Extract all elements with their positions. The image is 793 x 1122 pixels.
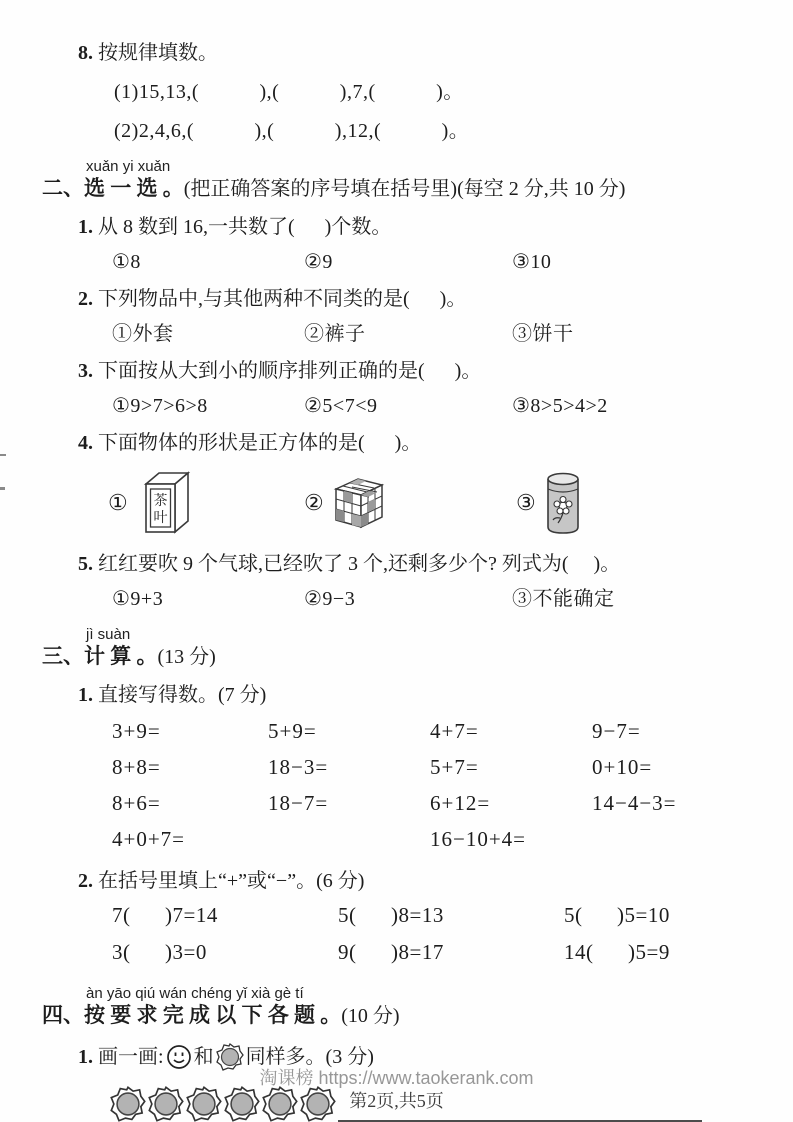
calc-item[interactable]: 5+9= (268, 713, 430, 749)
option-1[interactable]: ①外套 (112, 321, 304, 347)
circled-number: ① (108, 490, 128, 516)
question-number: 1. (78, 684, 93, 706)
section-points: (10 分) (341, 1005, 399, 1027)
pinyin-annotation: àn yāo qiú wán chéng yǐ xià gè tí (86, 985, 793, 1002)
question-text: 红红要吹 9 个气球,已经吹了 3 个,还剩多少个? 列式为( )。 (98, 553, 620, 575)
question-number: 2. (78, 870, 93, 892)
fill-blank-line[interactable]: (2)2,4,6,( ),( ),12,( )。 (114, 118, 793, 144)
calc-item[interactable]: 18−7= (268, 785, 430, 821)
question-number: 1. (78, 216, 93, 238)
question-number: 5. (78, 553, 93, 575)
question-text: 下面物体的形状是正方体的是( )。 (98, 432, 421, 454)
figure-option-2[interactable]: ② (304, 471, 516, 535)
question-number: 4. (78, 432, 93, 454)
figure-option-3[interactable]: ③ (516, 469, 586, 537)
calc-subsection-1: 1. 直接写得数。(7 分) (78, 681, 793, 709)
bracket-item[interactable]: 5( )8=13 (338, 897, 564, 934)
calc-item[interactable]: 18−3= (268, 749, 430, 785)
calc-item[interactable]: 16−10+4= (430, 821, 592, 857)
bracket-item[interactable]: 3( )3=0 (112, 934, 338, 971)
question-text: 从 8 数到 16,一共数了( )个数。 (98, 216, 391, 238)
question-number: 3. (78, 360, 93, 382)
jar-icon (540, 469, 586, 537)
circled-number: ② (304, 490, 324, 516)
option-1[interactable]: ①9+3 (112, 586, 304, 612)
section-title: 四、按 要 求 完 成 以 下 各 题 。 (42, 1003, 341, 1027)
choice-question-1: 1. 从 8 数到 16,一共数了( )个数。 ①8 ②9 ③10 (78, 214, 793, 275)
plus-minus-grid: 7( )7=14 5( )8=13 5( )5=10 3( )3=0 9( )8… (112, 897, 793, 971)
section-instructions: (把正确答案的序号填在括号里)(每空 2 分,共 10 分) (184, 178, 626, 200)
svg-text:茶: 茶 (153, 493, 167, 509)
choice-question-4: 4. 下面物体的形状是正方体的是( )。 ① 茶 叶 (78, 430, 793, 540)
question-text: 下面按从大到小的顺序排列正确的是( )。 (98, 360, 481, 382)
svg-text:叶: 叶 (153, 510, 167, 526)
calc-item[interactable]: 4+7= (430, 713, 592, 749)
section-title: 二、选 一 选 。 (42, 176, 184, 200)
question-text: 直接写得数。(7 分) (98, 684, 266, 706)
section-points: (13 分) (158, 646, 216, 668)
calc-item[interactable]: 5+7= (430, 749, 592, 785)
option-3[interactable]: ③10 (512, 249, 793, 275)
question-text: 按规律填数。 (98, 42, 218, 64)
calc-item[interactable]: 8+8= (112, 749, 268, 785)
section-3-heading: jì suàn 三、计 算 。(13 分) (42, 626, 793, 671)
section-title: 三、计 算 。 (42, 644, 158, 668)
calc-item[interactable]: 14−4−3= (592, 785, 793, 821)
option-1[interactable]: ①8 (112, 249, 304, 275)
calc-item[interactable]: 3+9= (112, 713, 268, 749)
section-4-heading: àn yāo qiú wán chéng yǐ xià gè tí 四、按 要 … (42, 985, 793, 1030)
calc-item[interactable]: 8+6= (112, 785, 268, 821)
figure-option-1[interactable]: ① 茶 叶 (108, 468, 304, 538)
calc-item[interactable]: 4+0+7= (112, 821, 268, 857)
fill-blank-line[interactable]: (1)15,13,( ),( ),7,( )。 (114, 79, 793, 105)
question-text: 在括号里填上“+”或“−”。(6 分) (98, 870, 364, 892)
choice-question-3: 3. 下面按从大到小的顺序排列正确的是( )。 ①9>7>6>8 ②5<7<9 … (78, 358, 793, 419)
scan-artifact (0, 487, 5, 490)
option-3[interactable]: ③不能确定 (512, 586, 793, 612)
bracket-item[interactable]: 9( )8=17 (338, 934, 564, 971)
calc-item[interactable]: 0+10= (592, 749, 793, 785)
option-3[interactable]: ③饼干 (512, 321, 793, 347)
option-2[interactable]: ②9−3 (304, 586, 512, 612)
calc-item[interactable]: 6+12= (430, 785, 592, 821)
calc-item (592, 821, 793, 857)
question-number: 2. (78, 288, 93, 310)
circled-number: ③ (516, 490, 536, 516)
bracket-item[interactable]: 5( )5=10 (564, 897, 793, 934)
calculation-grid: 3+9= 5+9= 4+7= 9−7= 8+8= 18−3= 5+7= 0+10… (112, 713, 793, 857)
question-number: 8. (78, 42, 93, 64)
question-8: 8. 按规律填数。 (1)15,13,( ),( ),7,( )。 (2)2,4… (78, 40, 793, 144)
calc-item (268, 821, 430, 857)
page-number: 第2页,共5页 (0, 1087, 793, 1113)
tea-box-icon: 茶 叶 (132, 468, 196, 538)
option-2[interactable]: ②5<7<9 (304, 393, 512, 419)
bracket-item[interactable]: 7( )7=14 (112, 897, 338, 934)
calc-item[interactable]: 9−7= (592, 713, 793, 749)
scan-artifact (0, 454, 6, 456)
bracket-item[interactable]: 14( )5=9 (564, 934, 793, 971)
pinyin-annotation: jì suàn (86, 626, 793, 643)
pinyin-annotation: xuǎn yi xuǎn (86, 158, 793, 175)
option-2[interactable]: ②9 (304, 249, 512, 275)
rubiks-cube-icon (328, 471, 390, 535)
calc-subsection-2: 2. 在括号里填上“+”或“−”。(6 分) (78, 867, 793, 895)
option-1[interactable]: ①9>7>6>8 (112, 393, 304, 419)
test-paper-page: 8. 按规律填数。 (1)15,13,( ),( ),7,( )。 (2)2,4… (0, 0, 793, 1122)
choice-question-5: 5. 红红要吹 9 个气球,已经吹了 3 个,还剩多少个? 列式为( )。 ①9… (78, 551, 793, 612)
option-3[interactable]: ③8>5>4>2 (512, 393, 793, 419)
choice-question-2: 2. 下列物品中,与其他两种不同类的是( )。 ①外套 ②裤子 ③饼干 (78, 286, 793, 347)
question-text: 下列物品中,与其他两种不同类的是( )。 (98, 288, 466, 310)
section-2-heading: xuǎn yi xuǎn 二、选 一 选 。(把正确答案的序号填在括号里)(每空… (42, 158, 793, 203)
option-2[interactable]: ②裤子 (304, 321, 512, 347)
